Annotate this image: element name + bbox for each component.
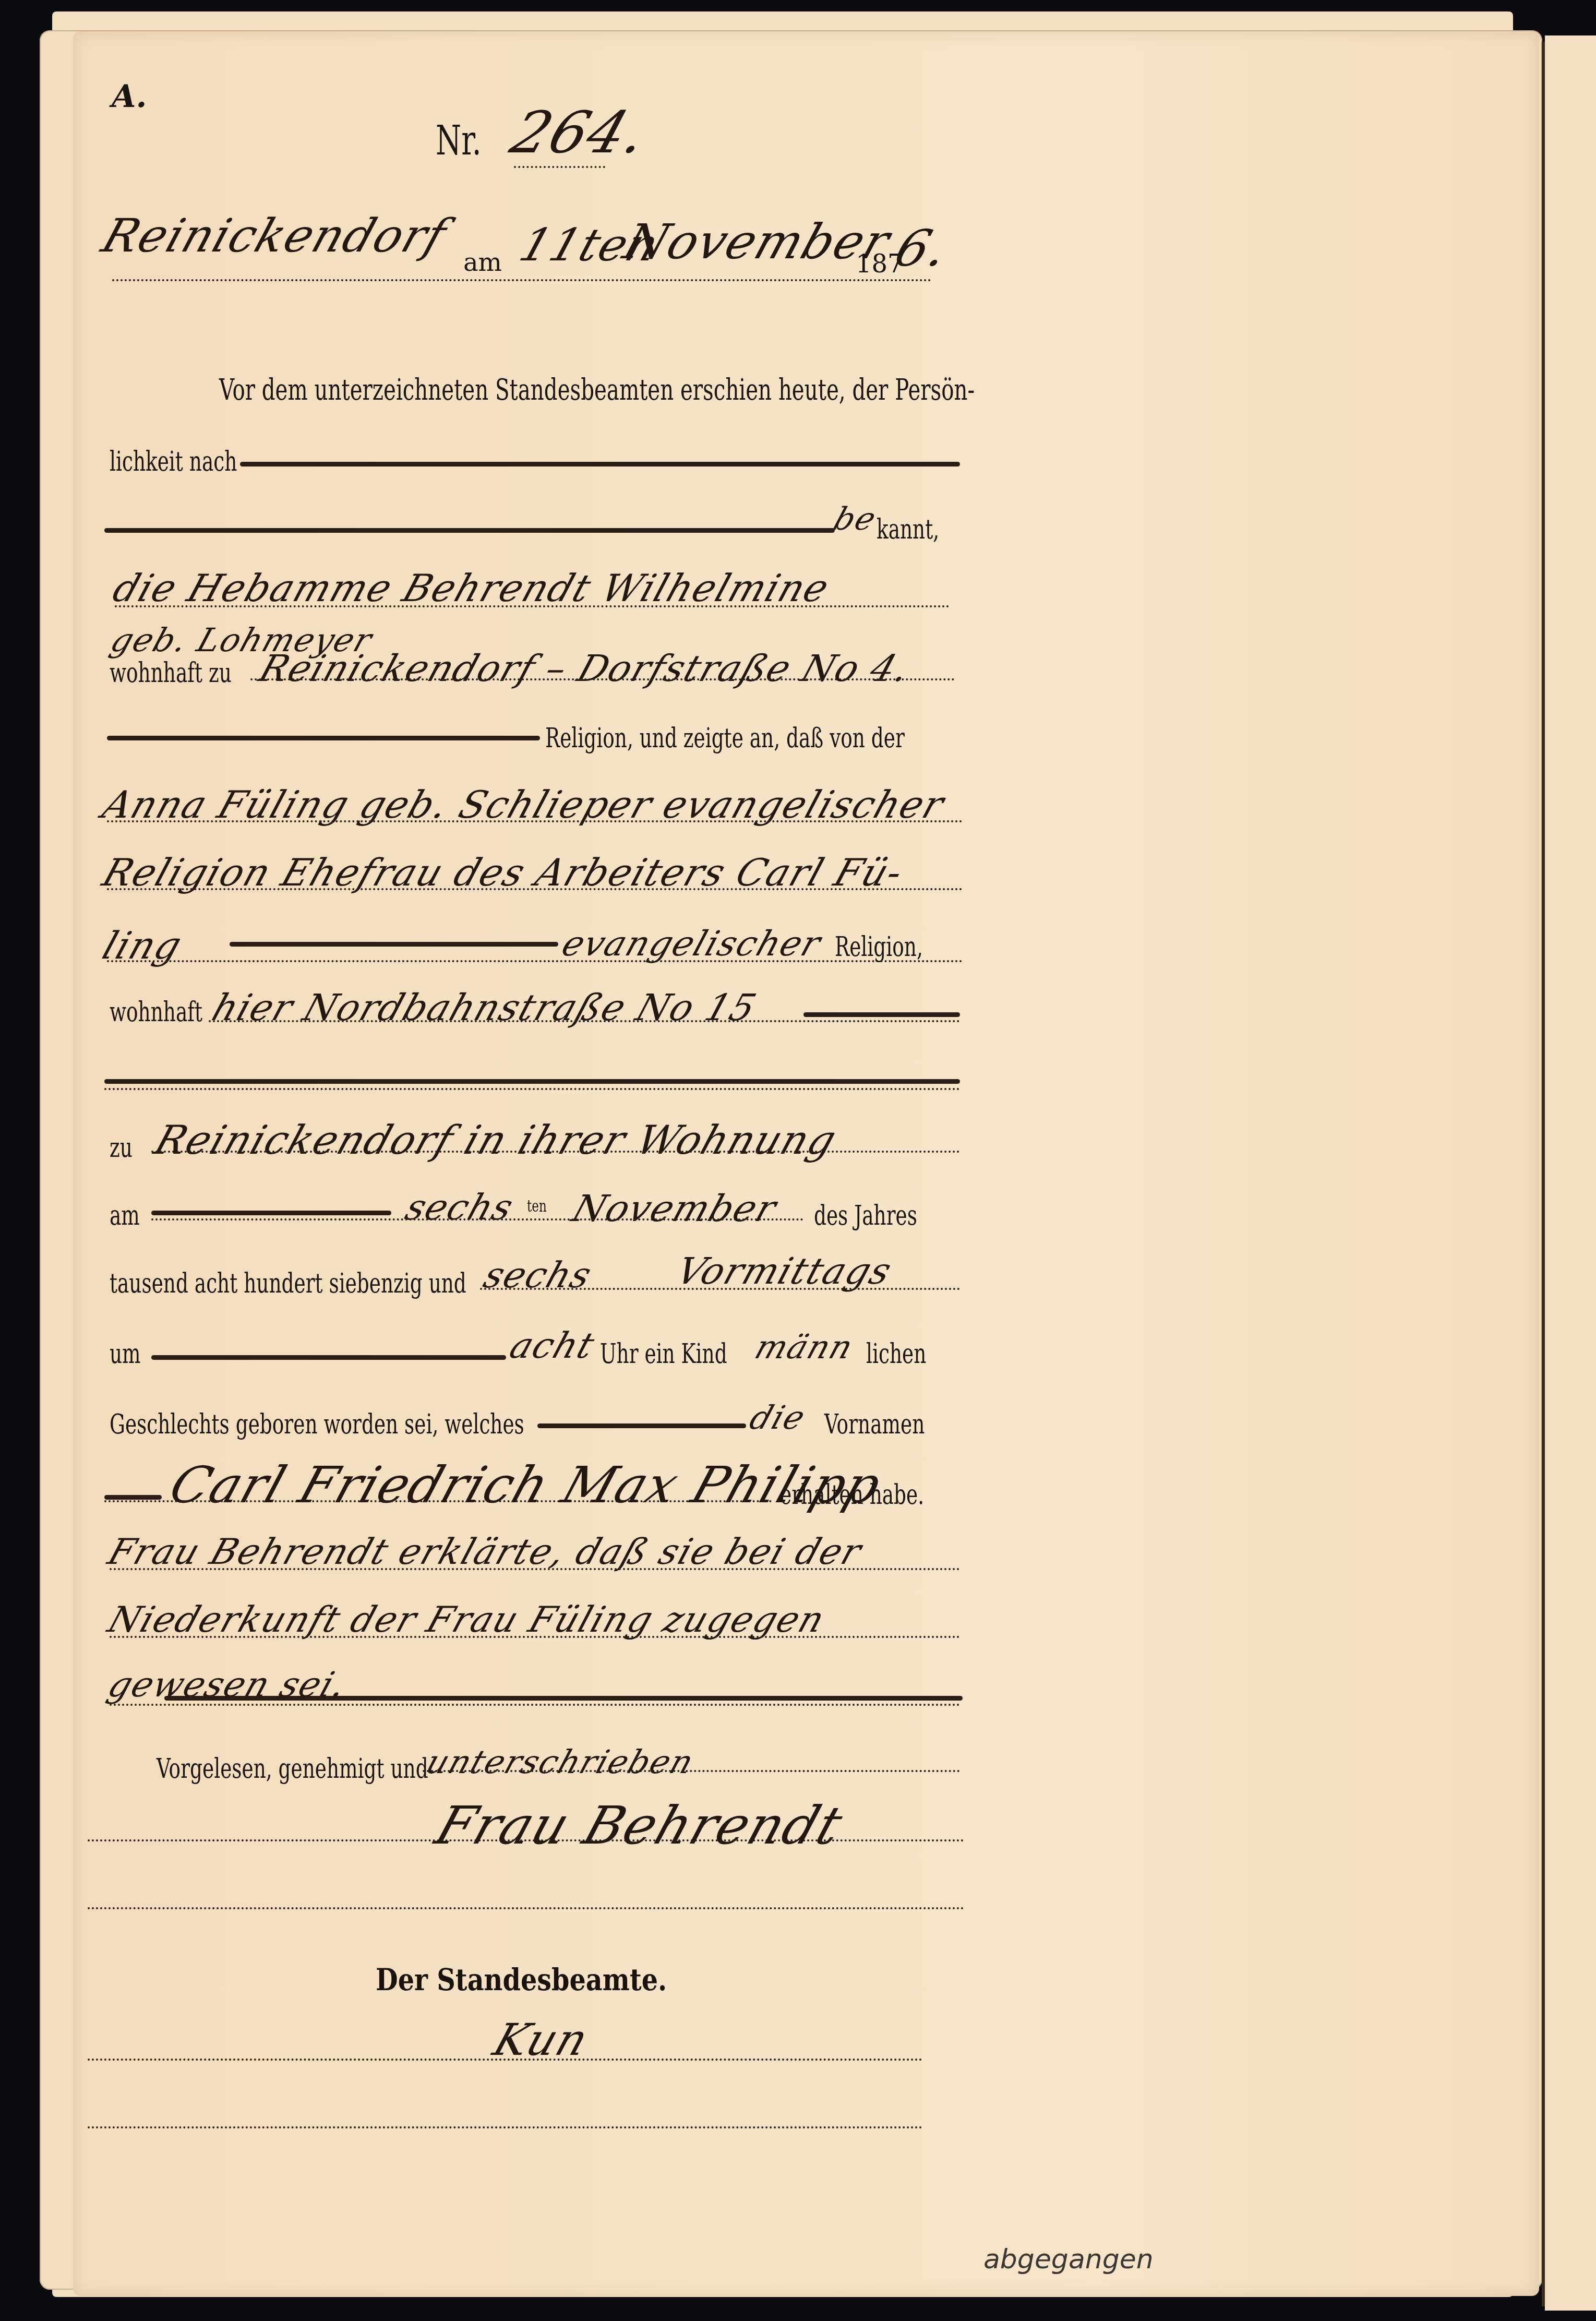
erhalten-habe-text: erhalten habe. bbox=[780, 1479, 924, 1511]
uhr-ein-kind-text: Uhr ein Kind bbox=[600, 1338, 727, 1370]
bekannt-printed: kannt, bbox=[877, 514, 939, 545]
informant-name: die Hebamme Behrendt Wilhelmine bbox=[107, 566, 835, 610]
dotted-line bbox=[480, 1288, 960, 1290]
place-date-dotted-line bbox=[112, 279, 931, 281]
time-of-day: Vormittags bbox=[671, 1250, 898, 1293]
um-text: um bbox=[110, 1338, 141, 1370]
registrar-title: Der Standesbeamte. bbox=[376, 1962, 667, 1997]
filler-bar bbox=[104, 528, 835, 533]
sex-handwritten: männ bbox=[750, 1328, 858, 1366]
dotted-line bbox=[107, 888, 963, 890]
bekannt-handwritten: be bbox=[829, 501, 882, 537]
geschlechts-text: Geschlechts geboren worden sei, welches bbox=[110, 1409, 524, 1440]
year-words-printed: tausend acht hundert siebenzig und bbox=[110, 1268, 466, 1299]
father-religion: evangelischer bbox=[557, 924, 826, 964]
filler-bar bbox=[230, 942, 558, 947]
lichkeit-nach-text: lichkeit nach bbox=[110, 446, 237, 477]
dotted-line bbox=[209, 1020, 960, 1022]
birth-record-form: A. Nr. 264. Reinickendorf am 11ten Novem… bbox=[0, 0, 991, 2321]
birth-day: sechs bbox=[400, 1187, 519, 1228]
registrar-dotted-line bbox=[88, 2059, 922, 2061]
unterschrieben-handwritten: unterschrieben bbox=[422, 1743, 699, 1781]
filler-bar bbox=[104, 1079, 960, 1084]
filler-bar bbox=[803, 1012, 960, 1017]
year-words-handwritten: sechs bbox=[478, 1255, 597, 1296]
dotted-line bbox=[110, 1636, 960, 1638]
dotted-line bbox=[110, 1704, 960, 1706]
registrar-signature: Kun bbox=[487, 2014, 595, 2065]
dotted-line bbox=[115, 605, 950, 607]
pencil-note: abgegangen bbox=[983, 2244, 1154, 2275]
number-label: Nr. bbox=[436, 117, 482, 164]
sex-printed: lichen bbox=[866, 1338, 926, 1370]
mother-residence: hier Nordbahnstraße No 15 bbox=[207, 986, 762, 1029]
dotted-line bbox=[110, 1568, 960, 1570]
dotted-line bbox=[423, 1770, 960, 1772]
facing-page-edge bbox=[1545, 35, 1596, 2311]
year-handwritten: 6. bbox=[888, 219, 957, 278]
dotted-line bbox=[107, 820, 963, 822]
des-jahres-text: des Jahres bbox=[814, 1200, 917, 1231]
dotted-line bbox=[151, 1151, 960, 1153]
dotted-line bbox=[104, 1088, 960, 1090]
signature-dotted-line bbox=[88, 1839, 964, 1841]
zu-text: zu bbox=[110, 1132, 133, 1164]
remark-line-2: Niederkunft der Frau Füling zugegen bbox=[103, 1599, 830, 1641]
filler-bar bbox=[240, 462, 960, 466]
record-place: Reinickendorf bbox=[95, 209, 453, 262]
dotted-line bbox=[151, 1218, 803, 1221]
dotted-line bbox=[104, 1500, 772, 1502]
informant-signature: Frau Behrendt bbox=[428, 1795, 851, 1856]
informant-residence: Reinickendorf – Dorfstraße No 4. bbox=[254, 647, 916, 690]
intro-text: Vor dem unterzeichneten Standesbeamten e… bbox=[219, 373, 975, 407]
word-am: am bbox=[463, 248, 502, 277]
vornamen-text: Vornamen bbox=[824, 1409, 925, 1440]
record-number: 264. bbox=[503, 99, 657, 166]
signature-dotted-line bbox=[88, 1907, 964, 1909]
filler-bar bbox=[104, 1495, 162, 1500]
die-handwritten: die bbox=[745, 1398, 811, 1437]
filler-bar bbox=[151, 1355, 506, 1360]
birth-month: November bbox=[567, 1187, 783, 1230]
wohnhaft-text: wohnhaft bbox=[110, 997, 202, 1028]
remark-line-1: Frau Behrendt erklärte, daß sie bei der bbox=[103, 1532, 867, 1573]
vorgelesen-text: Vorgelesen, genehmigt und bbox=[157, 1753, 428, 1785]
birthplace: Reinickendorf in ihrer Wohnung bbox=[149, 1117, 843, 1163]
birth-hour: acht bbox=[505, 1325, 600, 1367]
filler-bar bbox=[164, 1696, 963, 1701]
am-text: am bbox=[110, 1200, 140, 1231]
religion-printed: Religion, bbox=[835, 931, 923, 963]
filler-bar bbox=[537, 1423, 746, 1428]
wohnhaft-zu-text: wohnhaft zu bbox=[110, 657, 232, 689]
filler-bar bbox=[107, 736, 540, 740]
dotted-line bbox=[107, 960, 963, 962]
filler-bar bbox=[151, 1211, 391, 1215]
ten-suffix: ten bbox=[527, 1196, 547, 1216]
registrar-dotted-line bbox=[88, 2126, 922, 2128]
dotted-line bbox=[250, 678, 955, 680]
religion-anzeige-text: Religion, und zeigte an, daß von der bbox=[545, 723, 905, 754]
number-dotted-line bbox=[514, 166, 605, 168]
section-letter: A. bbox=[112, 78, 147, 115]
